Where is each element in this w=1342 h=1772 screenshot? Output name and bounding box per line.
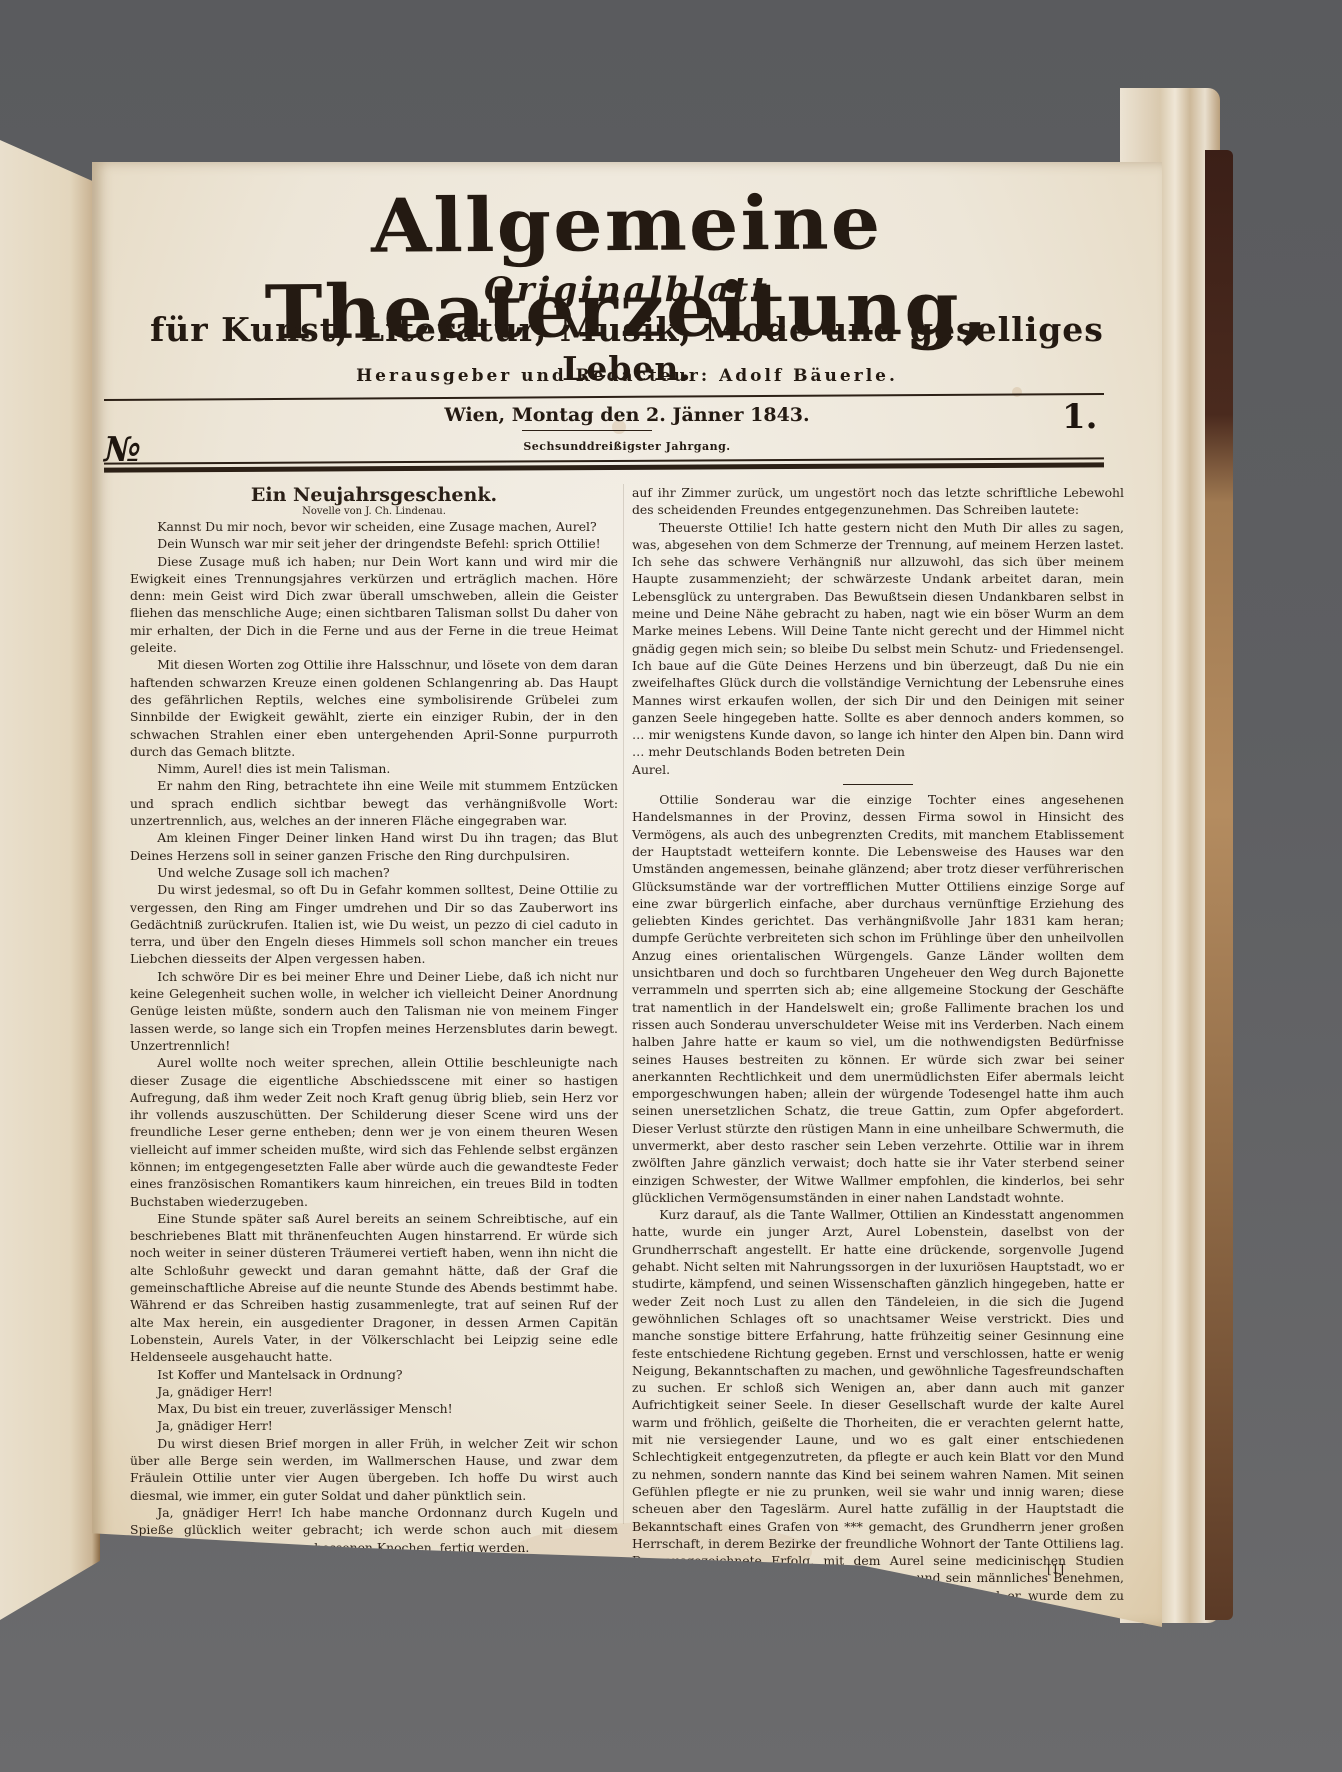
letter-signature: Aurel. (632, 761, 1124, 778)
paragraph: Du wirst diesen Brief morgen in aller Fr… (130, 1435, 618, 1504)
paragraph: Dein Wunsch war mir seit jeher der dring… (130, 535, 618, 552)
volume-line: Sechsunddreißigster Jahrgang. (92, 440, 1162, 453)
paragraph: Kannst Du mir noch, bevor wir scheiden, … (130, 518, 618, 535)
paragraph: Ja, gnädiger Herr! (130, 1383, 618, 1400)
newspaper-page: Allgemeine Theaterzeitung, Originalblatt… (92, 162, 1162, 1627)
column-divider (623, 484, 624, 1524)
issue-number: 1. (1062, 397, 1098, 437)
paragraph: Eben rasselte der Reisewagen unter Aurel… (130, 1556, 618, 1625)
letter-text: Theuerste Ottilie! Ich hatte gestern nic… (632, 519, 1124, 761)
paragraph: Ist Koffer und Mantelsack in Ordnung? (130, 1366, 618, 1383)
newspaper-subtitle: Originalblatt (92, 270, 1162, 310)
paragraph: Mit diesen Worten zog Ottilie ihre Halss… (130, 656, 618, 760)
paragraph: Ich schwöre Dir es bei meiner Ehre und D… (130, 968, 618, 1054)
paragraph-continuation: auf ihr Zimmer zurück, um ungestört noch… (632, 484, 1124, 519)
paragraph: Max, Du bist ein treuer, zuverlässiger M… (130, 1400, 618, 1417)
paragraph: Diese Zusage muß ich haben; nur Dein Wor… (130, 553, 618, 657)
dateline-underline (522, 430, 652, 431)
right-column: auf ihr Zimmer zurück, um ungestört noch… (632, 484, 1124, 1621)
paragraph: Ottilie Sonderau war die einzige Tochter… (632, 791, 1124, 1206)
paragraph: Aurel wollte noch weiter sprechen, allei… (130, 1054, 618, 1210)
page-marker: [1] (1047, 1562, 1064, 1576)
paragraph: Nimm, Aurel! dies ist mein Talisman. (130, 760, 618, 777)
double-rule (104, 457, 1104, 472)
paragraph: Du wirst jedesmal, so oft Du in Gefahr k… (130, 881, 618, 967)
facing-left-page (0, 140, 100, 1620)
section-separator (843, 784, 913, 785)
masthead-rule (104, 393, 1104, 401)
paragraph: Am kleinen Finger Deiner linken Hand wir… (130, 829, 618, 864)
paragraph: Und welche Zusage soll ich machen? (130, 864, 618, 881)
paragraph: Er nahm den Ring, betrachtete ihn eine W… (130, 777, 618, 829)
paragraph: Max hielt sein Soldatenwort. Bereits um … (130, 1625, 618, 1660)
foxing-stain (1012, 387, 1022, 397)
story-byline: Novelle von J. Ch. Lindenau. (130, 506, 618, 518)
paragraph: Ja, gnädiger Herr! Ich habe manche Ordon… (130, 1504, 618, 1556)
year-footer: 1843. (156, 1660, 618, 1677)
book-binding (1205, 150, 1233, 1620)
left-column: Ein Neujahrsgeschenk. Novelle von J. Ch.… (130, 484, 618, 1677)
editor-line: Herausgeber und Redacteur: Adolf Bäuerle… (92, 366, 1162, 386)
story-title: Ein Neujahrsgeschenk. (130, 484, 618, 506)
paragraph: Kurz darauf, als die Tante Wallmer, Otti… (632, 1206, 1124, 1621)
paragraph: Eine Stunde später saß Aurel bereits an … (130, 1210, 618, 1366)
paragraph: Ja, gnädiger Herr! (130, 1417, 618, 1434)
dateline: Wien, Montag den 2. Jänner 1843. (92, 404, 1162, 426)
